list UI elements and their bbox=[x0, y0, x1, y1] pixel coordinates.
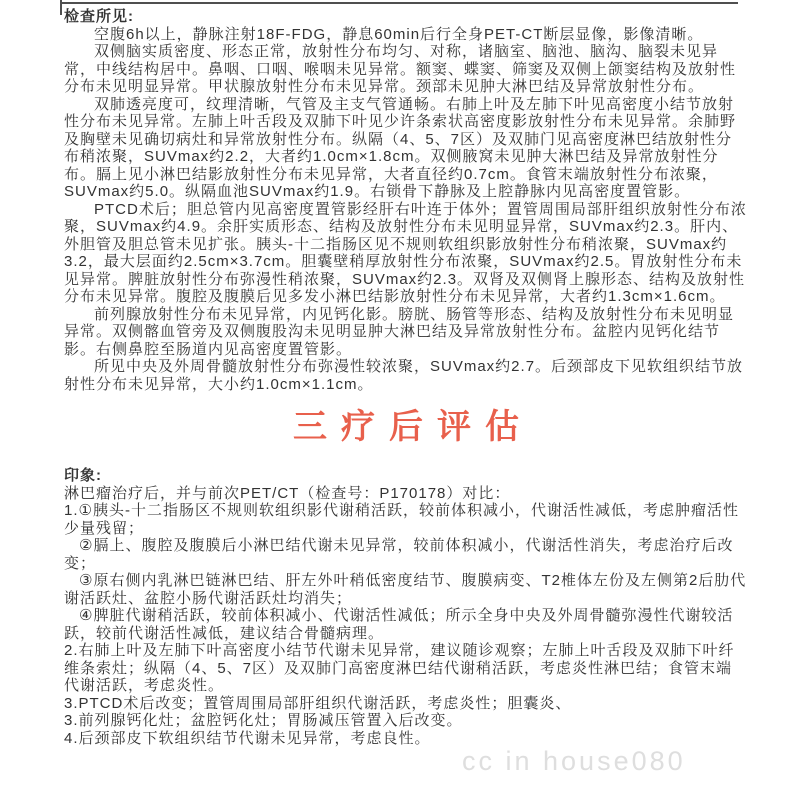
impression-item: 4.后颈部皮下软组织结节代谢未见异常，考虑良性。 bbox=[64, 730, 748, 748]
report-content: 检查所见: 空腹6h以上，静脉注射18F-FDG，静息60min后行全身PET-… bbox=[64, 8, 748, 747]
watermark: cc in house080 bbox=[462, 746, 686, 777]
finding-paragraph: 空腹6h以上，静脉注射18F-FDG，静息60min后行全身PET-CT断层显像… bbox=[64, 26, 748, 44]
finding-paragraph: 双侧脑实质密度、形态正常，放射性分布均匀、对称，诸脑室、脑池、脑沟、脑裂未见异常… bbox=[64, 43, 748, 96]
table-border-top bbox=[60, 2, 738, 4]
impression-item: 1.①胰头-十二指肠区不规则软组织影代谢稍活跃，较前体积减小，代谢活性减低，考虑… bbox=[64, 502, 748, 537]
impression-heading: 印象: bbox=[64, 467, 748, 485]
findings-heading: 检查所见: bbox=[64, 8, 748, 26]
finding-paragraph: 前列腺放射性分布未见异常，内见钙化影。膀胱、肠管等形态、结构及放射性分布未见明显… bbox=[64, 306, 748, 359]
finding-paragraph: 双肺透亮度可，纹理清晰，气管及主支气管通畅。右肺上叶及左肺下叶见高密度小结节放射… bbox=[64, 96, 748, 201]
impression-item: 3.前列腺钙化灶；盆腔钙化灶；胃肠减压管置入后改变。 bbox=[64, 712, 748, 730]
impression-item: 2.右肺上叶及左肺下叶高密度小结节代谢未见异常，建议随诊观察；左肺上叶舌段及双肺… bbox=[64, 642, 748, 695]
findings-body: 空腹6h以上，静脉注射18F-FDG，静息60min后行全身PET-CT断层显像… bbox=[64, 26, 748, 394]
impression-item: ④脾脏代谢稍活跃，较前体积减小、代谢活性减低；所示全身中央及外周骨髓弥漫性代谢较… bbox=[64, 607, 748, 642]
impression-body: 1.①胰头-十二指肠区不规则软组织影代谢稍活跃，较前体积减小，代谢活性减低，考虑… bbox=[64, 502, 748, 747]
finding-paragraph: PTCD术后；胆总管内见高密度置管影经肝右叶连于体外；置管周围局部肝组织放射性分… bbox=[64, 201, 748, 306]
table-border-corner bbox=[60, 0, 62, 15]
impression-intro: 淋巴瘤治疗后，并与前次PET/CT（检查号：P170178）对比： bbox=[64, 485, 748, 503]
impression-item: ③原右侧内乳淋巴链淋巴结、肝左外叶稍低密度结节、腹膜病变、T2椎体左份及左侧第2… bbox=[64, 572, 748, 607]
impression-item: ②膈上、腹腔及腹膜后小淋巴结代谢未见异常，较前体积减小，代谢活性消失，考虑治疗后… bbox=[64, 537, 748, 572]
impression-item: 3.PTCD术后改变；置管周围局部肝组织代谢活跃，考虑炎性；胆囊炎、 bbox=[64, 695, 748, 713]
treatment-evaluation-banner: 三疗后评估 bbox=[64, 407, 748, 447]
finding-paragraph: 所见中央及外周骨髓放射性分布弥漫性较浓聚，SUVmax约2.7。后颈部皮下见软组… bbox=[64, 358, 748, 393]
